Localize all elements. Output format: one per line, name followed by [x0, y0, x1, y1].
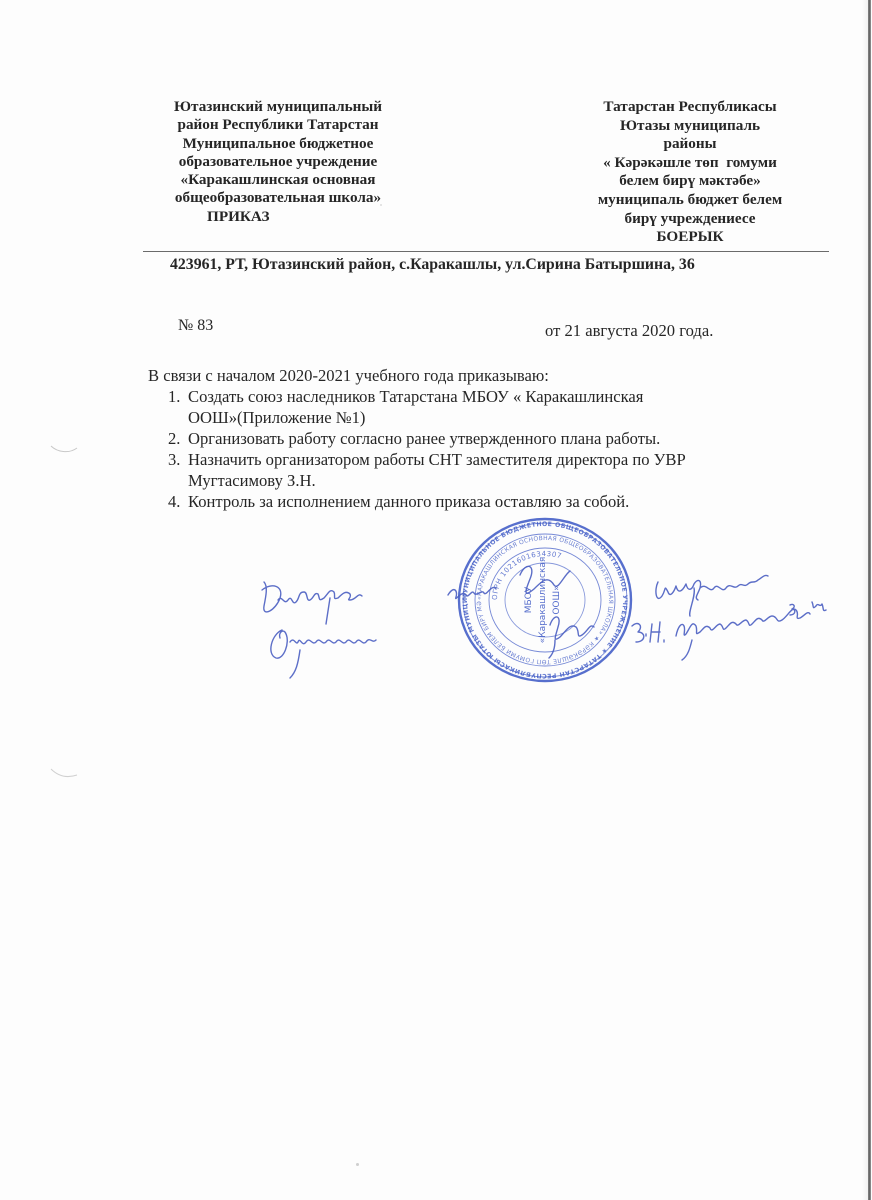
scan-speck	[380, 204, 382, 206]
order-item-text: Мугтасимову З.Н.	[188, 470, 828, 491]
header-right-block: Татарстан Республикасы Ютазы муниципаль …	[565, 98, 815, 247]
order-intro: В связи с началом 2020-2021 учебного год…	[148, 366, 549, 386]
signature-acquainted-name	[632, 609, 810, 660]
header-left-block: Ютазинский муниципальный район Республик…	[150, 98, 406, 226]
scan-edge	[868, 0, 871, 1200]
header-right-line: бирү учреждениесе	[565, 210, 815, 229]
header-left-line: Муниципальное бюджетное	[150, 135, 406, 153]
stamp-center-line: МБОУ	[524, 586, 534, 613]
header-right-line: Татарстан Республикасы	[565, 98, 815, 117]
document-title-tt: БОЕРЫК	[565, 228, 815, 247]
stamp-center-line: ООШ»	[552, 585, 562, 614]
scan-mark	[45, 765, 85, 785]
scan-speck	[356, 1163, 359, 1166]
signature-director-name	[656, 575, 826, 616]
order-item-text: Создать союз наследников Татарстана МБОУ…	[188, 386, 828, 407]
header-right-line: муниципаль бюджет белем	[565, 191, 815, 210]
order-item: 2. Организовать работу согласно ранее ут…	[168, 428, 828, 449]
order-date: от 21 августа 2020 года.	[545, 321, 713, 341]
header-divider	[143, 251, 829, 252]
order-items-list: 1. Создать союз наследников Татарстана М…	[168, 386, 828, 512]
order-item-text: Организовать работу согласно ранее утвер…	[188, 428, 828, 449]
order-item-number: 4.	[168, 491, 180, 512]
header-left-line: Ютазинский муниципальный	[150, 98, 406, 116]
signature-director-label	[262, 582, 362, 624]
header-left-line: район Республики Татарстан	[150, 116, 406, 134]
header-left-line: «Каракашлинская основная	[150, 171, 406, 189]
order-item-text: Назначить организатором работы СНТ замес…	[188, 449, 828, 470]
header-left-line: общеобразовательная школа»	[150, 189, 406, 207]
header-right-line: Ютазы муниципаль	[565, 117, 815, 136]
order-item-number: 3.	[168, 449, 180, 470]
scan-mark	[45, 440, 85, 460]
order-item: 3. Назначить организатором работы СНТ за…	[168, 449, 828, 491]
header-right-line: белем бирү мәктәбе»	[565, 172, 815, 191]
order-item-number: 1.	[168, 386, 180, 407]
order-item: 4. Контроль за исполнением данного прика…	[168, 491, 828, 512]
signature-acquainted-label	[271, 630, 376, 678]
header-left-line: образовательное учреждение	[150, 153, 406, 171]
order-number: № 83	[178, 317, 213, 335]
order-item-number: 2.	[168, 428, 180, 449]
order-item-text: ООШ»(Приложение №1)	[188, 407, 828, 428]
header-right-line: районы	[565, 135, 815, 154]
official-stamp: МУНИЦИПАЛЬНОЕ БЮДЖЕТНОЕ ОБЩЕОБРАЗОВАТЕЛЬ…	[455, 516, 635, 684]
order-item-text: Контроль за исполнением данного приказа …	[188, 491, 828, 512]
header-right-line: « Кәрәкәшле төп гомуми	[565, 154, 815, 173]
document-title-ru: ПРИКАЗ	[150, 208, 406, 226]
stamp-center-line: «Каракашлинская	[538, 557, 548, 644]
school-address: 423961, РТ, Ютазинский район, с.Каракашл…	[170, 256, 830, 274]
order-item: 1. Создать союз наследников Татарстана М…	[168, 386, 828, 428]
